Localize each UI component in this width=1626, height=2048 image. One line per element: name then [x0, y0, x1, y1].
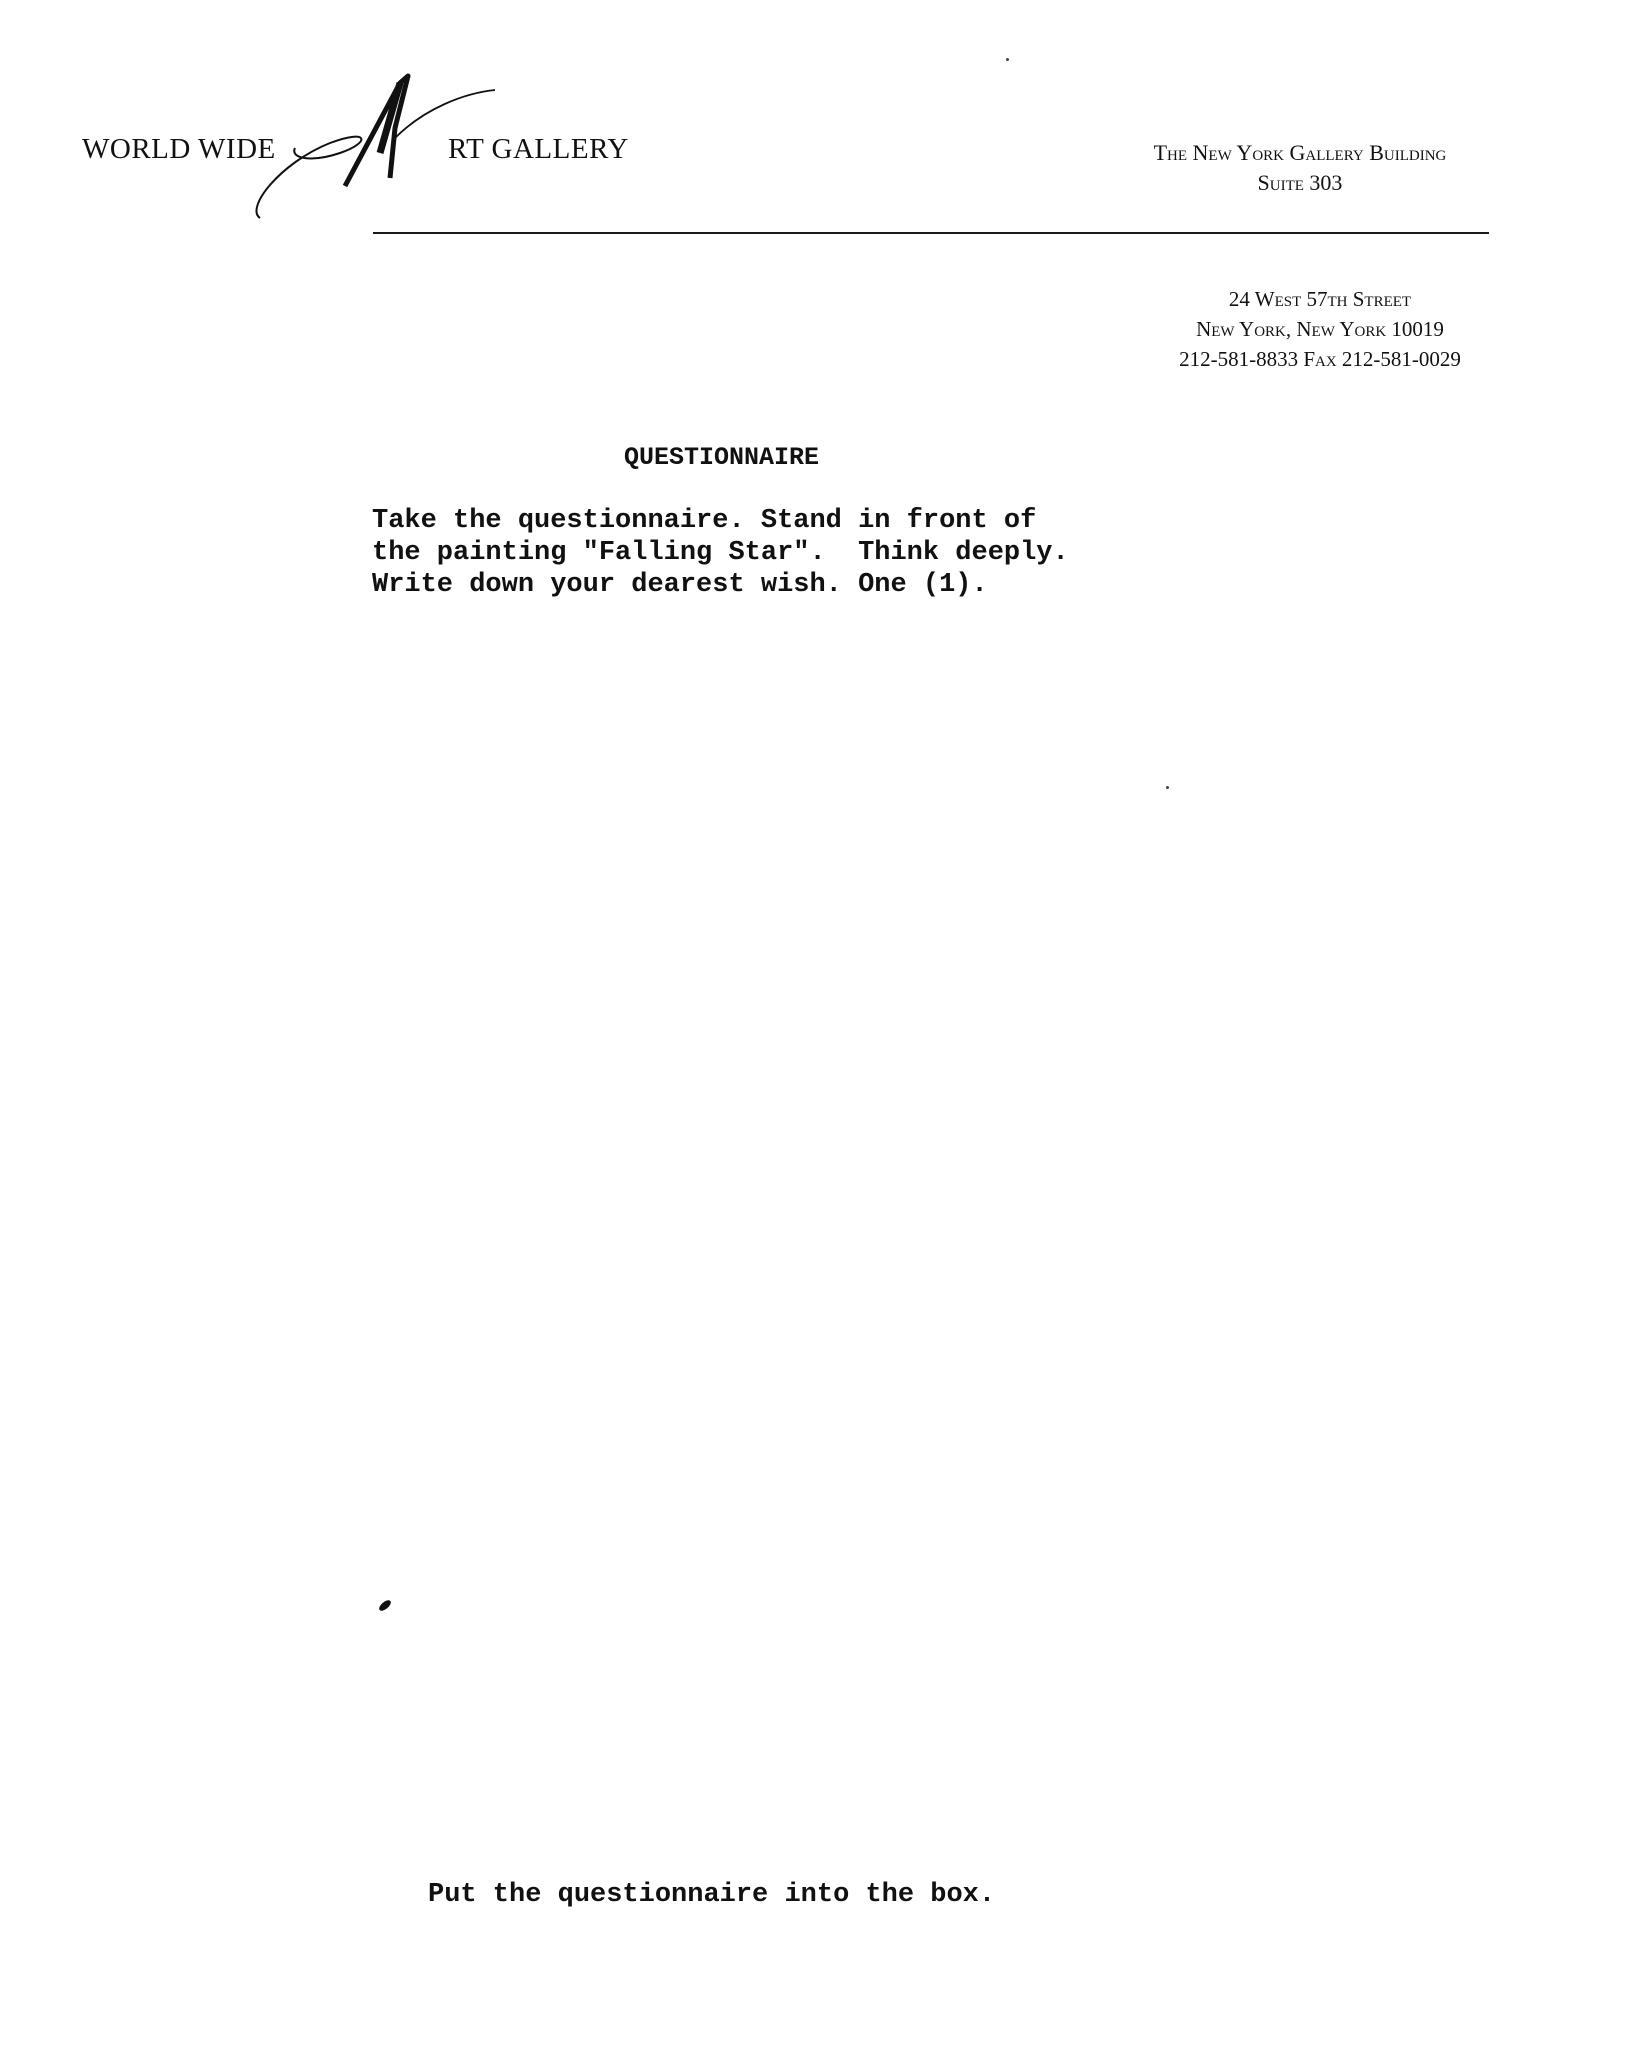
- street-address: 24 West 57th Street: [1120, 284, 1520, 314]
- ink-mark: [377, 1598, 392, 1612]
- paper-speck: [1006, 58, 1009, 61]
- header-divider: [373, 232, 1489, 234]
- building-name: The New York Gallery Building: [1090, 138, 1510, 168]
- phone-fax: 212-581-8833 Fax 212-581-0029: [1120, 344, 1520, 374]
- document-title: QUESTIONNAIRE: [624, 443, 819, 472]
- suite-number: Suite 303: [1090, 168, 1510, 198]
- building-info: The New York Gallery Building Suite 303: [1090, 138, 1510, 198]
- logo-text-left: WORLD WIDE: [82, 133, 276, 166]
- city-state-zip: New York, New York 10019: [1120, 314, 1520, 344]
- paper-speck: [1166, 786, 1169, 789]
- footer-instruction: Put the questionnaire into the box.: [428, 1880, 995, 1910]
- address-block: 24 West 57th Street New York, New York 1…: [1120, 284, 1520, 374]
- logo-text-right: RT GALLERY: [448, 133, 629, 166]
- instructions-text: Take the questionnaire. Stand in front o…: [372, 505, 1069, 601]
